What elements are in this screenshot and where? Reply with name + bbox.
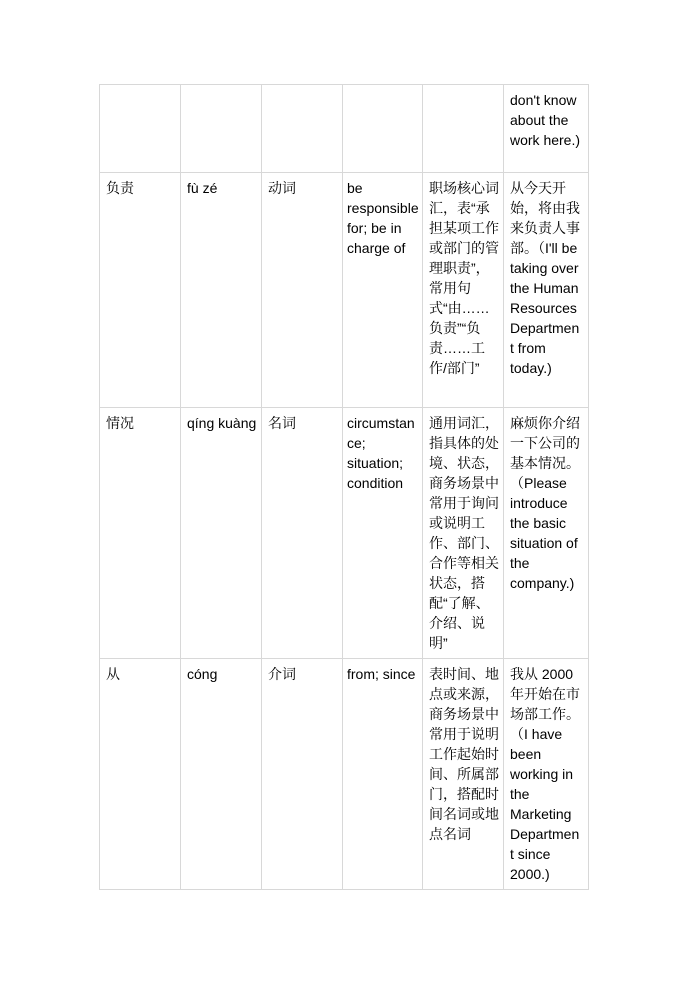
pinyin-cell: fù zé (181, 173, 262, 408)
meaning-cell: from; since (343, 659, 423, 890)
meaning-cell (343, 85, 423, 173)
usage-cell: 表时间、地点或来源，商务场景中常用于说明工作起始时间、所属部门，搭配时间名词或地… (423, 659, 504, 890)
pinyin-cell: cóng (181, 659, 262, 890)
table-row: don't know about the work here.) (100, 85, 589, 173)
example-cell: 从今天开始，将由我来负责人事部。（I'll be taking over the… (504, 173, 589, 408)
word-cell: 从 (100, 659, 181, 890)
pinyin-cell: qíng kuàng (181, 408, 262, 659)
word-cell: 情况 (100, 408, 181, 659)
meaning-cell: be responsible for; be in charge of (343, 173, 423, 408)
meaning-cell: circumstance; situation; condition (343, 408, 423, 659)
table-row: 从 cóng 介词 from; since 表时间、地点或来源，商务场景中常用于… (100, 659, 589, 890)
part-of-speech-cell: 名词 (262, 408, 343, 659)
word-cell (100, 85, 181, 173)
vocab-table: don't know about the work here.) 负责 fù z… (99, 84, 589, 890)
example-cell: don't know about the work here.) (504, 85, 589, 173)
part-of-speech-cell (262, 85, 343, 173)
vocab-table-wrapper: don't know about the work here.) 负责 fù z… (99, 84, 589, 890)
document-page: { "page": { "background": "#ffffff", "te… (0, 0, 700, 990)
part-of-speech-cell: 动词 (262, 173, 343, 408)
usage-cell (423, 85, 504, 173)
usage-cell: 职场核心词汇，表“承担某项工作或部门的管理职责”，常用句式“由……负责”“负责…… (423, 173, 504, 408)
table-row: 负责 fù zé 动词 be responsible for; be in ch… (100, 173, 589, 408)
example-cell: 麻烦你介绍一下公司的基本情况。（Please introduce the bas… (504, 408, 589, 659)
word-cell: 负责 (100, 173, 181, 408)
part-of-speech-cell: 介词 (262, 659, 343, 890)
pinyin-cell (181, 85, 262, 173)
usage-cell: 通用词汇，指具体的处境、状态，商务场景中常用于询问或说明工作、部门、合作等相关状… (423, 408, 504, 659)
example-cell: 我从 2000 年开始在市场部工作。（I have been working i… (504, 659, 589, 890)
table-row: 情况 qíng kuàng 名词 circumstance; situation… (100, 408, 589, 659)
